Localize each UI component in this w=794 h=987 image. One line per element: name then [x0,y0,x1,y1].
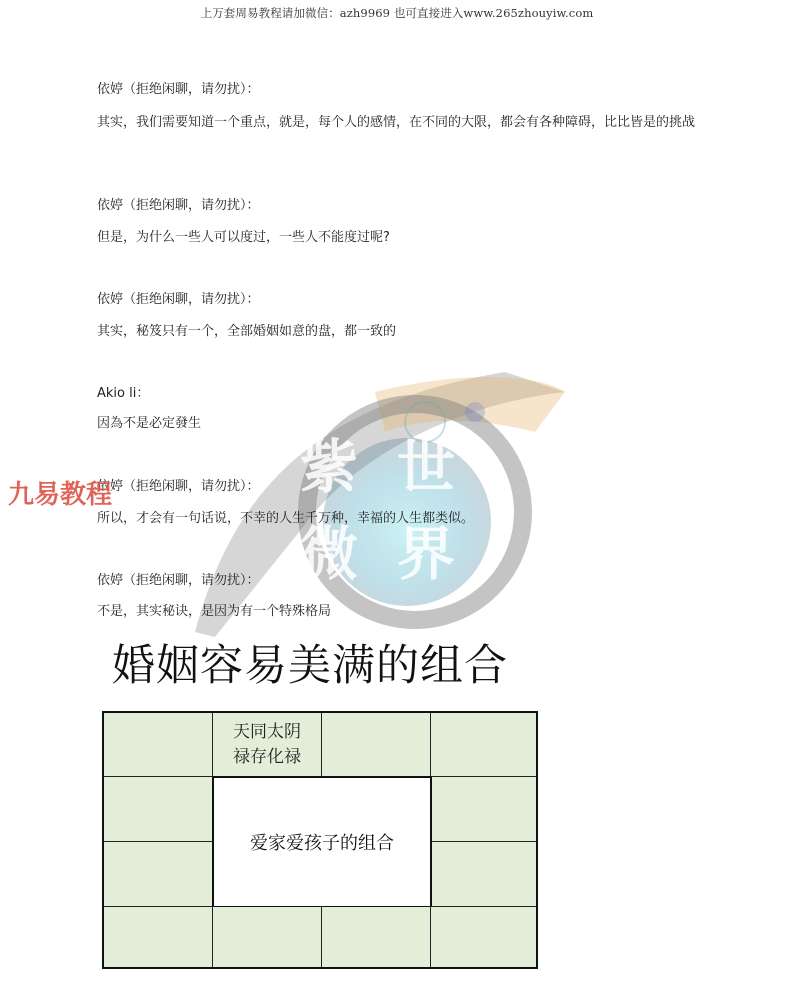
chart-cell [431,907,536,967]
message-speaker: 依婷（拒绝闲聊，请勿扰）： [97,196,260,216]
chart-cell [104,777,213,842]
svg-text:紫: 紫 [300,433,358,501]
chart-cell [104,907,213,967]
astrology-chart-grid: 天同太阴 禄存化禄 爱家爱孩子的组合 [102,711,538,969]
message-speaker: 依婷（拒绝闲聊，请勿扰）： [97,477,260,497]
star-names: 天同太阴 [233,720,301,745]
star-modifiers: 禄存化禄 [233,745,301,770]
chart-cell [431,842,536,907]
chart-cell [431,713,536,777]
brand-watermark: 九易教程 [8,474,112,511]
message-speaker: Akio li： [97,384,149,404]
chart-center-label: 爱家爱孩子的组合 [212,776,432,908]
message-text: 其实，我们需要知道一个重点，就是，每个人的感情，在不同的大限，都会有各种障碍，比… [97,113,707,133]
message-text: 所以，才会有一句话说，不幸的人生千万种，幸福的人生都类似。 [97,509,474,529]
chart-cell [322,907,431,967]
message-text: 但是，为什么一些人可以度过，一些人不能度过呢? [97,228,390,248]
slide-title: 婚姻容易美满的组合 [112,632,508,693]
chart-cell [431,777,536,842]
message-speaker: 依婷（拒绝闲聊，请勿扰）： [97,290,260,310]
chart-cell-top-stars: 天同太阴 禄存化禄 [213,713,322,777]
chart-cell [104,713,213,777]
chart-cell [322,713,431,777]
message-text: 其实，秘笈只有一个，全部婚姻如意的盘，都一致的 [97,322,396,342]
logo-watermark-icon: 紫 世 微 界 [175,362,595,642]
message-text: 不是，其实秘诀，是因为有一个特殊格局 [97,602,331,622]
svg-text:界: 界 [397,520,455,588]
header-watermark-note: 上万套周易教程请加微信：azh9969 也可直接进入www.265zhouyiw… [0,5,794,21]
message-text: 因為不是必定發生 [97,414,201,434]
svg-text:世: 世 [397,433,455,501]
chart-cell [104,842,213,907]
chart-cell [213,907,322,967]
message-speaker: 依婷（拒绝闲聊，请勿扰）： [97,571,260,591]
message-speaker: 依婷（拒绝闲聊，请勿扰）： [97,80,260,100]
svg-text:微: 微 [300,520,358,588]
